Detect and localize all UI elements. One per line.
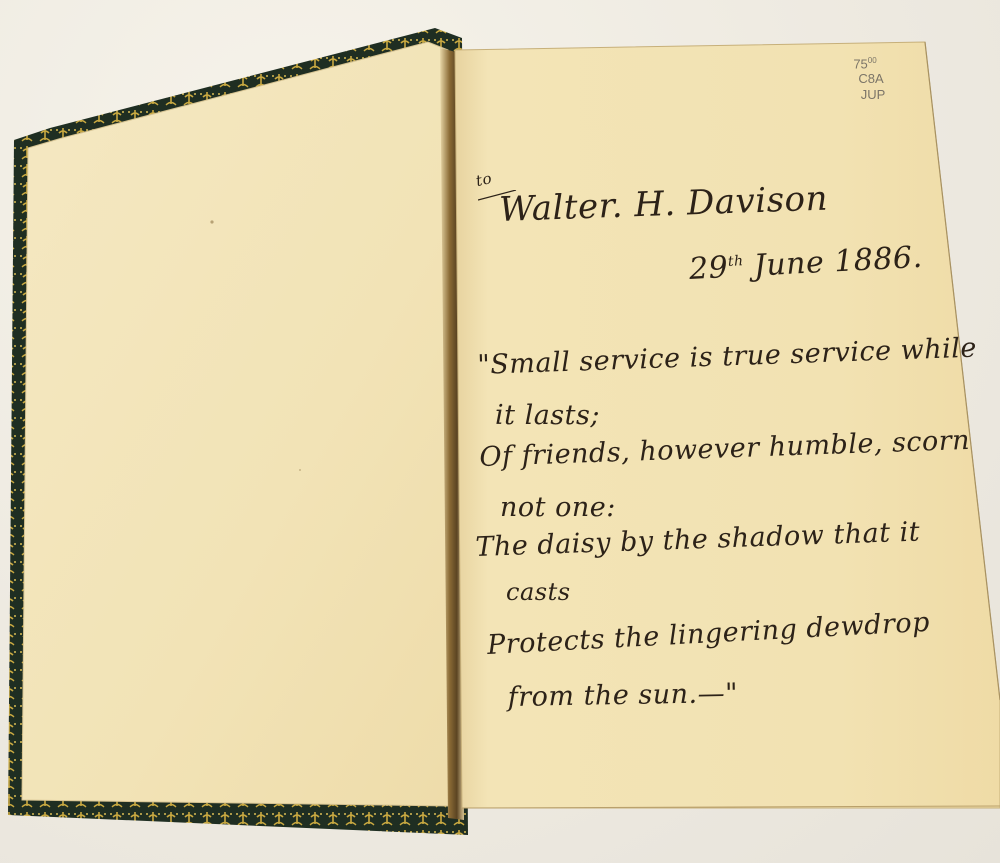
poem-line-2: it lasts; [495, 400, 600, 431]
pencil-price-note: 7500 [845, 54, 885, 70]
poem-line-6: casts [506, 578, 571, 606]
inscription-page: 7500 C8A JUP to Walter. H. Davison 29th … [0, 0, 1000, 863]
date-suffix: th [728, 253, 744, 270]
inscription-salutation: to [474, 169, 493, 190]
date-day: 29 [688, 250, 729, 287]
pencil-code-line-3: JUP [858, 88, 888, 101]
poem-line-4: not one: [500, 492, 616, 523]
poem-line-8: from the sun.—" [507, 678, 738, 713]
pencil-price: 75 [853, 56, 867, 71]
pencil-price-superscript: 00 [868, 56, 877, 65]
pencil-code-line-2: C8A [856, 72, 886, 85]
